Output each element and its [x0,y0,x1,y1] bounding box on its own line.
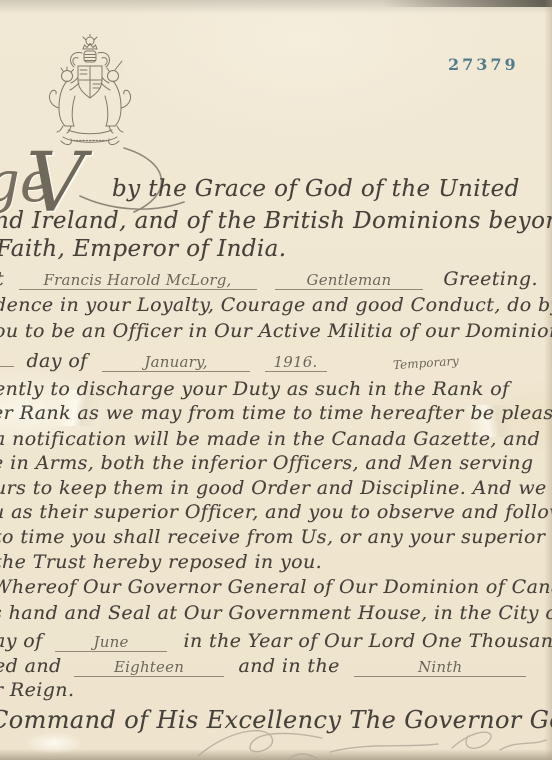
line-order-discipline: urs to keep them in good Order and Disci… [0,477,547,499]
line-ireland-dominions: nd Ireland, and of the British Dominions… [0,208,552,234]
ordinal-handwritten: Ninth [418,658,462,676]
paper-edge-top-right [382,0,552,7]
year-handwritten: 1916. [274,353,318,371]
officer-name-handwritten: Francis Harold McLorg, [44,271,232,289]
addressee-prefix: t [0,268,4,290]
line-addressee: t Francis Harold McLorg, Gentleman Greet… [0,268,538,290]
registration-number-stamp: 27379 [448,55,519,74]
line-government-house-ottawa: s hand and Seal at Our Government House,… [0,602,552,624]
line-grace-of-god: by the Grace of God of the United [112,176,520,202]
yearword-blank-underline: Eighteen [74,657,224,677]
rank-annotation-temporary: Temporary [393,354,460,373]
line-arms-officers-men: e in Arms, both the inferior Officers, a… [0,452,533,474]
line-trust-reposed: the Trust hereby reposed in you. [0,551,322,573]
line-hundred-and: ed and Eighteen and in the Ninth [0,655,526,677]
line-officer-militia: ou to be an Officer in Our Active Militi… [0,320,552,342]
line-higher-rank: er Rank as we may from time to time here… [0,402,552,424]
signature-flourish-icon [170,722,552,760]
day-of-fragment: ay of [0,630,43,652]
line-canada-gazette: a notification will be made in the Canad… [0,428,540,450]
ordinal-blank-underline: Ninth [354,657,526,677]
day-blank-underline [0,366,14,367]
day-of-text: day of [26,350,87,372]
line-receive-from-us: to time you shall receive from Us, or an… [0,526,552,548]
year-of-our-lord-text: in the Year of Our Lord One Thousand [183,630,552,652]
line-reign: r Reign. [0,679,74,701]
line-emperor-of-india: Faith, Emperor of India. [0,236,287,262]
line-year-of-our-lord: ay of June in the Year of Our Lord One T… [0,630,552,652]
name-blank-underline: Francis Harold McLorg, [19,270,257,290]
year-blank-underline: 1916. [265,352,327,372]
month2-handwritten: June [94,633,129,651]
hundred-prefix: ed and [0,655,62,677]
yearword-handwritten: Eighteen [114,658,184,676]
month-blank-underline: January, [102,352,250,372]
line-superior-officer: u as their superior Officer, and you to … [0,501,552,523]
month2-blank-underline: June [55,632,167,652]
title-blank-underline: Gentleman [275,270,423,290]
commission-document: 27379 [0,0,552,760]
greeting-text: Greeting. [443,268,538,290]
line-discharge-duty: ently to discharge your Duty as such in … [0,378,509,400]
paper-spot [24,732,84,754]
officer-title-handwritten: Gentleman [307,271,392,289]
line-governor-general-canada: Whereof Our Governor General of Our Domi… [0,576,552,598]
month-handwritten: January, [144,353,207,371]
line-commission-date: day of January, 1916. [0,350,327,372]
and-in-the-text: and in the [238,655,339,677]
line-loyalty-courage: dence in your Loyalty, Courage and good … [0,294,552,316]
